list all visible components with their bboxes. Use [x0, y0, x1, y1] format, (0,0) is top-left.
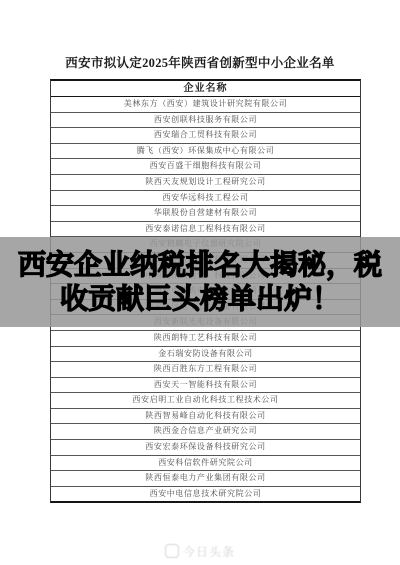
document-title: 西安市拟认定2025年陕西省创新型中小企业名单 [0, 53, 400, 71]
caption-line-1: 西安企业纳税排名大揭秘，税 [18, 248, 382, 282]
caption-line-2: 收贡献巨头榜单出炉！ [60, 282, 340, 316]
table-row: 陕西天友规划设计工程研究公司 [51, 175, 360, 191]
table-row: 陕西百胜东方工程有限公司 [51, 362, 360, 378]
table-row: 西安中电信息技术研究院公司 [51, 487, 360, 502]
caption-overlay: 西安企业纳税排名大揭秘，税 收贡献巨头榜单出炉！ [0, 237, 400, 327]
table-row: 华联股份自营建材有限公司 [51, 206, 360, 222]
table-row: 西安泰诺信息工程科技有限公司 [51, 222, 360, 238]
table-row: 美林东方（西安）建筑设计研究院有限公司 [51, 97, 360, 113]
watermark-text: 今日头条 [183, 545, 235, 559]
table-row: 西安瑞合工贸科技有限公司 [51, 128, 360, 144]
table-row: 西安宏泰环保设备科技研究公司 [51, 440, 360, 456]
screenshot-canvas: 西安市拟认定2025年陕西省创新型中小企业名单 企业名称 美林东方（西安）建筑设… [0, 0, 400, 565]
table-row: 西安创联科技服务有限公司 [51, 113, 360, 129]
table-row: 西安启明工业自动化科技工程技术公司 [51, 393, 360, 409]
watermark-logo-icon [165, 544, 179, 558]
table-row: 腾飞（西安）环保集成中心有限公司 [51, 144, 360, 160]
table-row: 金石瑞安防设备有限公司 [51, 347, 360, 363]
table-row: 陕西智易峰自动化科技有限公司 [51, 409, 360, 425]
table-header-company-name: 企业名称 [51, 81, 360, 97]
table-row: 西安百盛干细胞科技有限公司 [51, 159, 360, 175]
table-row: 陕西金合信息产业研究公司 [51, 424, 360, 440]
table-row: 西安天一智能科技有限公司 [51, 378, 360, 394]
table-row: 西安华远科技工程公司 [51, 191, 360, 207]
table-row: 陕西朗特工艺科技有限公司 [51, 331, 360, 347]
table-row: 陕西恒泰电力产业集团有限公司 [51, 471, 360, 487]
table-row: 西安科信软件研究院公司 [51, 456, 360, 472]
watermark: 今日头条 [0, 543, 400, 560]
